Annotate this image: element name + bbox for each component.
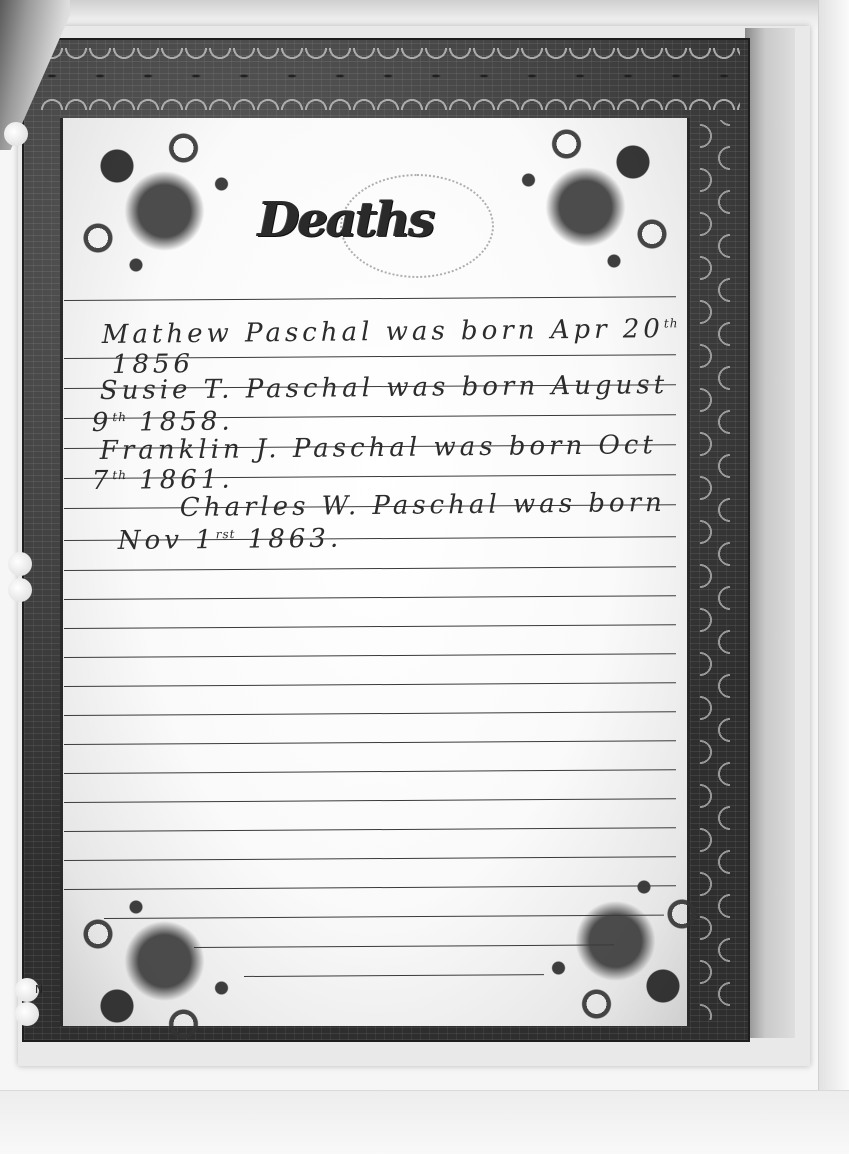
page-shaded-edge xyxy=(745,28,795,1038)
ruled-line xyxy=(64,595,676,600)
ruled-line xyxy=(64,827,676,832)
margin-letter: N xyxy=(35,983,43,996)
ruled-line xyxy=(64,653,676,658)
binding-hole xyxy=(8,552,32,576)
ruled-line xyxy=(64,885,676,890)
entry-3-line-2: 7th 1861. xyxy=(92,465,234,496)
ruled-line xyxy=(64,856,676,861)
scan-bottom-margin xyxy=(0,1090,849,1154)
entry-4-line-2: Nov 1rst 1863. xyxy=(118,524,343,556)
binding-hole xyxy=(15,1002,39,1026)
entry-2-line-2: 9th 1858. xyxy=(92,407,234,438)
binding-hole xyxy=(8,578,32,602)
entry-3-line-1: Franklin J. Paschal was born Oct xyxy=(100,430,657,466)
heading-ornament: Deaths xyxy=(250,160,500,280)
top-scalloped-border xyxy=(40,44,740,114)
ruled-line xyxy=(194,944,614,948)
ruled-line xyxy=(244,974,544,977)
adjacent-page-edge xyxy=(818,0,849,1154)
ruled-line xyxy=(64,769,676,774)
ruled-line xyxy=(64,798,676,803)
ruled-line xyxy=(64,624,676,629)
corner-flourish-icon xyxy=(60,112,250,292)
corner-flourish-icon xyxy=(500,108,690,288)
binding-hole xyxy=(4,122,28,146)
ruled-line xyxy=(64,740,676,745)
ruled-line xyxy=(64,682,676,687)
ruled-line xyxy=(104,915,664,919)
ruled-line xyxy=(64,566,676,571)
entry-2-line-1: Susie T. Paschal was born August xyxy=(100,370,669,406)
page-title: Deaths xyxy=(258,180,478,260)
entry-4-line-1: Charles W. Paschal was born xyxy=(180,488,666,523)
ruled-line xyxy=(64,711,676,716)
entry-1-line-1: Mathew Paschal was born Apr 20th xyxy=(102,314,679,350)
